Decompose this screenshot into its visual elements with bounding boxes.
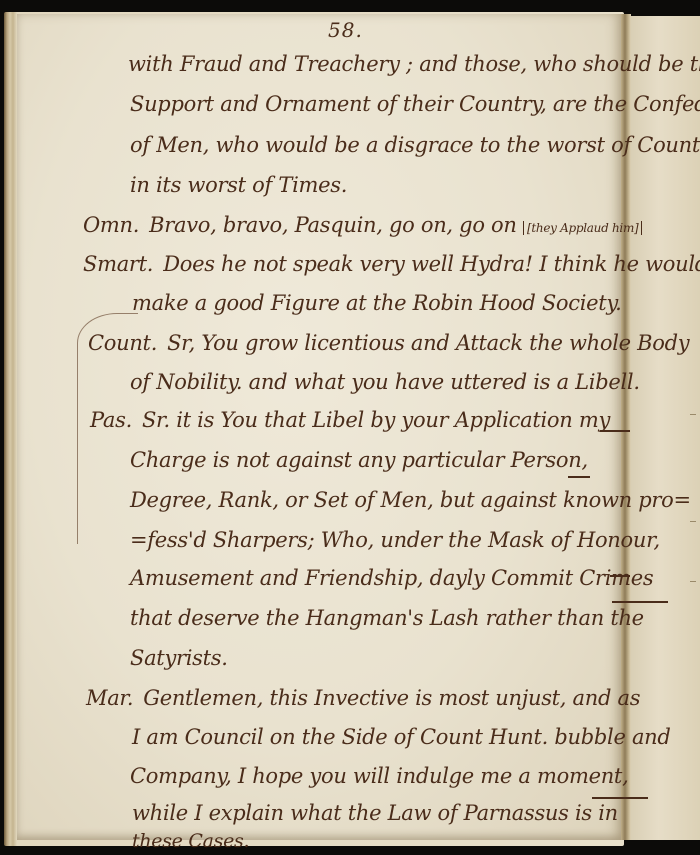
text-line: Degree, Rank, or Set of Men, but against… — [130, 488, 691, 512]
dialogue-line: Pas.Sr. it is You that Libel by your App… — [90, 408, 610, 432]
text-line: Amusement and Friendship, dayly Commit C… — [130, 566, 653, 590]
line-filler-stroke — [568, 476, 590, 478]
text-line: Charge is not against any particular Per… — [130, 448, 588, 472]
text-line: of Men, who would be a disgrace to the w… — [130, 133, 700, 157]
line-filler-stroke — [592, 797, 648, 799]
text-line: these Cases. — [132, 830, 249, 852]
ink-mark — [690, 414, 696, 415]
text-line: I am Council on the Side of Count Hunt. … — [132, 725, 671, 749]
page-number: 58. — [328, 18, 363, 42]
text-line: Support and Ornament of their Country, a… — [130, 92, 700, 116]
speaker-name: Smart. — [83, 252, 153, 276]
dialogue-line: Smart.Does he not speak very well Hydra!… — [83, 252, 700, 276]
ink-mark — [690, 521, 696, 522]
speaker-name: Omn. — [83, 213, 139, 237]
line-filler-stroke — [610, 575, 630, 577]
dialogue-line: Omn.Bravo, bravo, Pasquin, go on, go on … — [83, 213, 642, 237]
text-line: in its worst of Times. — [130, 173, 347, 197]
text-line: while I explain what the Law of Parnassu… — [132, 801, 618, 825]
dialogue-line: Count.Sr, You grow licentious and Attack… — [88, 331, 689, 355]
text-line: that deserve the Hangman's Lash rather t… — [130, 606, 644, 630]
speaker-name: Pas. — [90, 408, 132, 432]
stage-direction: [they Applaud him] — [523, 221, 642, 235]
speaker-name: Count. — [88, 331, 157, 355]
ink-mark — [690, 581, 696, 582]
line-filler-stroke — [600, 430, 630, 432]
speaker-name: Mar. — [86, 686, 133, 710]
line-filler-stroke — [612, 601, 668, 603]
text-line: of Nobility. and what you have uttered i… — [130, 370, 640, 394]
text-line: with Fraud and Treachery ; and those, wh… — [128, 52, 700, 76]
text-line: Company, I hope you will indulge me a mo… — [130, 764, 628, 788]
text-line: make a good Figure at the Robin Hood Soc… — [132, 291, 622, 315]
dialogue-line: Mar.Gentlemen, this Invective is most un… — [86, 686, 640, 710]
text-line: =fess'd Sharpers; Who, under the Mask of… — [130, 528, 660, 552]
text-line: Satyrists. — [130, 646, 228, 670]
